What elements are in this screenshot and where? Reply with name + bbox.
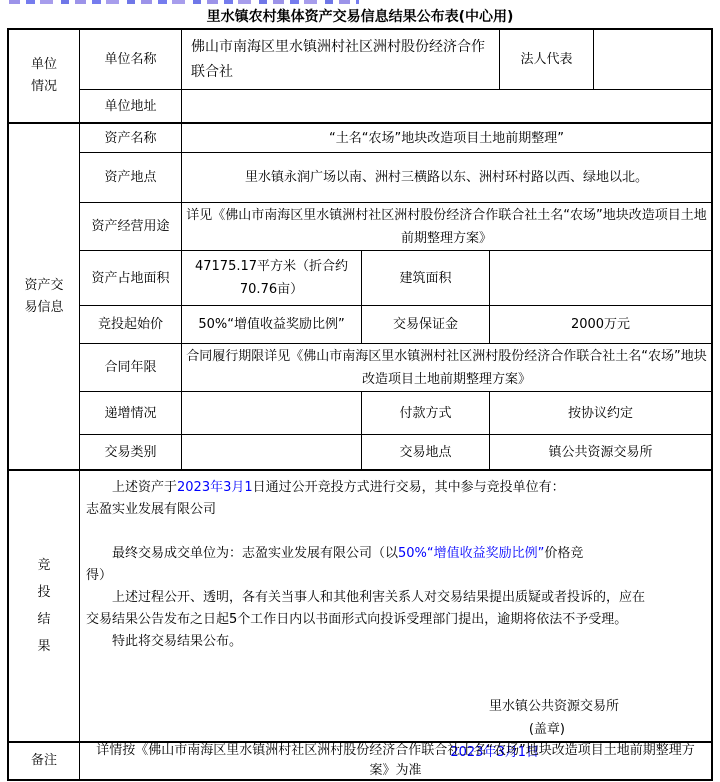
- result-text-segment: 价格竞: [544, 546, 583, 561]
- deposit-label: 交易保证金: [362, 306, 490, 343]
- increment-value: [182, 392, 362, 434]
- result-text-segment: 特此将交易结果公布。: [112, 634, 242, 649]
- result-text-line: 最终交易成交单位为：志盈实业发展有限公司（以50%“增值收益奖励比例”价格竞: [86, 543, 705, 565]
- signature-seal: (盖章): [86, 718, 705, 741]
- asset-location-label: 资产地点: [80, 153, 182, 202]
- note-value: 详情按《佛山市南海区里水镇洲村社区洲村股份经济合作联合社土名“农场”地块改造项目…: [80, 743, 711, 779]
- asset-location-value: 里水镇永润广场以南、洲村三横路以东、洲村环村路以西、绿地以北。: [182, 153, 711, 202]
- result-text-segment: 最终交易成交单位为：志盈实业发展有限公司（以: [112, 546, 398, 561]
- increment-label: 递增情况: [80, 392, 182, 434]
- result-text-line: 上述过程公开、透明，各有关当事人和其他利害关系人对交易结果提出质疑或者投诉的，应…: [86, 587, 705, 609]
- signature-org: 里水镇公共资源交易所: [86, 695, 705, 718]
- asset-name-value: “土名“农场”地块改造项目土地前期整理”: [182, 124, 711, 152]
- start-price-value: 50%“增值收益奖励比例”: [182, 306, 362, 343]
- result-text-segment: 上述过程公开、透明，各有关当事人和其他利害关系人对交易结果提出质疑或者投诉的，应…: [112, 590, 645, 605]
- contract-years-value: 合同履行期限详见《佛山市南海区里水镇洲村社区洲村股份经济合作联合社土名“农场”地…: [182, 344, 711, 391]
- start-price-label: 竞投起始价: [80, 306, 182, 343]
- unit-address-value: [182, 90, 711, 122]
- link-text[interactable]: 50%“增值收益奖励比例”: [398, 546, 544, 561]
- clipped-text-artifact: [9, 0, 359, 4]
- table-row: 资产地点 里水镇永润广场以南、洲村三横路以东、洲村环村路以西、绿地以北。: [80, 153, 711, 203]
- asset-area-value: 47175.17平方米（折合约70.76亩）: [182, 251, 362, 305]
- unit-address-label: 单位地址: [80, 90, 182, 122]
- asset-area-label: 资产占地面积: [80, 251, 182, 305]
- contract-years-label: 合同年限: [80, 344, 182, 391]
- announcement-table: 单位 情况 单位名称 佛山市南海区里水镇洲村社区洲村股份经济合作联合社 法人代表…: [7, 28, 713, 781]
- legal-rep-label: 法人代表: [500, 30, 594, 89]
- trade-location-label: 交易地点: [362, 435, 490, 469]
- section-result-category-label: 竞 投 结 果: [9, 471, 80, 741]
- link-text[interactable]: 2023年3月1: [177, 480, 253, 495]
- section-note: 备注 详情按《佛山市南海区里水镇洲村社区洲村股份经济合作联合社土名“农场”地块改…: [9, 741, 711, 779]
- asset-name-label: 资产名称: [80, 124, 182, 152]
- table-row: 交易类别 交易地点 镇公共资源交易所: [80, 435, 711, 469]
- table-row: 单位地址: [80, 90, 711, 122]
- trade-type-value: [182, 435, 362, 469]
- result-text-line: 上述资产于2023年3月1日通过公开竞投方式进行交易，其中参与竞投单位有：: [86, 477, 705, 499]
- result-text-segment: 上述资产于: [112, 480, 177, 495]
- asset-use-value: 详见《佛山市南海区里水镇洲村社区洲村股份经济合作联合社土名“农场”地块改造项目土…: [182, 203, 711, 250]
- table-row: 递增情况 付款方式 按协议约定: [80, 392, 711, 435]
- note-label: 备注: [9, 743, 80, 779]
- trade-location-value: 镇公共资源交易所: [490, 435, 711, 469]
- payment-method-label: 付款方式: [362, 392, 490, 434]
- section-asset-category-label: 资产交 易信息: [9, 124, 80, 469]
- result-text-segment: 志盈实业发展有限公司: [86, 502, 216, 517]
- unit-name-value: 佛山市南海区里水镇洲村社区洲村股份经济合作联合社: [182, 30, 500, 89]
- table-row: 资产经营用途 详见《佛山市南海区里水镇洲村社区洲村股份经济合作联合社土名“农场”…: [80, 203, 711, 251]
- result-text-segment: 交易结果公告发布之日起5个工作日内以书面形式向投诉受理部门提出，逾期将依法不予受…: [86, 612, 627, 627]
- result-text-line: 志盈实业发展有限公司: [86, 499, 705, 521]
- table-row: 资产名称 “土名“农场”地块改造项目土地前期整理”: [80, 124, 711, 153]
- asset-use-label: 资产经营用途: [80, 203, 182, 250]
- result-text-segment: 日通过公开竞投方式进行交易，其中参与竞投单位有：: [253, 480, 565, 495]
- payment-method-value: 按协议约定: [490, 392, 711, 434]
- legal-rep-value: [594, 30, 711, 89]
- trade-type-label: 交易类别: [80, 435, 182, 469]
- result-blank-line: [86, 521, 705, 543]
- table-row: 合同年限 合同履行期限详见《佛山市南海区里水镇洲村社区洲村股份经济合作联合社土名…: [80, 344, 711, 392]
- building-area-value: [490, 251, 711, 305]
- section-unit-info: 单位 情况 单位名称 佛山市南海区里水镇洲村社区洲村股份经济合作联合社 法人代表…: [9, 30, 711, 122]
- table-row: 资产占地面积 47175.17平方米（折合约70.76亩） 建筑面积: [80, 251, 711, 306]
- section-bid-result: 竞 投 结 果 上述资产于2023年3月1日通过公开竞投方式进行交易，其中参与竞…: [9, 469, 711, 741]
- building-area-label: 建筑面积: [362, 251, 490, 305]
- table-row: 单位名称 佛山市南海区里水镇洲村社区洲村股份经济合作联合社 法人代表: [80, 30, 711, 90]
- bid-result-text: 上述资产于2023年3月1日通过公开竞投方式进行交易，其中参与竞投单位有：志盈实…: [80, 471, 711, 741]
- table-row: 竞投起始价 50%“增值收益奖励比例” 交易保证金 2000万元: [80, 306, 711, 344]
- page-title: 里水镇农村集体资产交易信息结果公布表(中心用): [0, 6, 720, 28]
- deposit-value: 2000万元: [490, 306, 711, 343]
- result-text-line: 交易结果公告发布之日起5个工作日内以书面形式向投诉受理部门提出，逾期将依法不予受…: [86, 609, 705, 631]
- unit-name-label: 单位名称: [80, 30, 182, 89]
- result-text-segment: 得）: [86, 568, 112, 583]
- section-asset-info: 资产交 易信息 资产名称 “土名“农场”地块改造项目土地前期整理” 资产地点 里…: [9, 122, 711, 469]
- result-text-line: 得）: [86, 565, 705, 587]
- result-text-line: 特此将交易结果公布。: [86, 631, 705, 653]
- section-unit-category-label: 单位 情况: [9, 30, 80, 122]
